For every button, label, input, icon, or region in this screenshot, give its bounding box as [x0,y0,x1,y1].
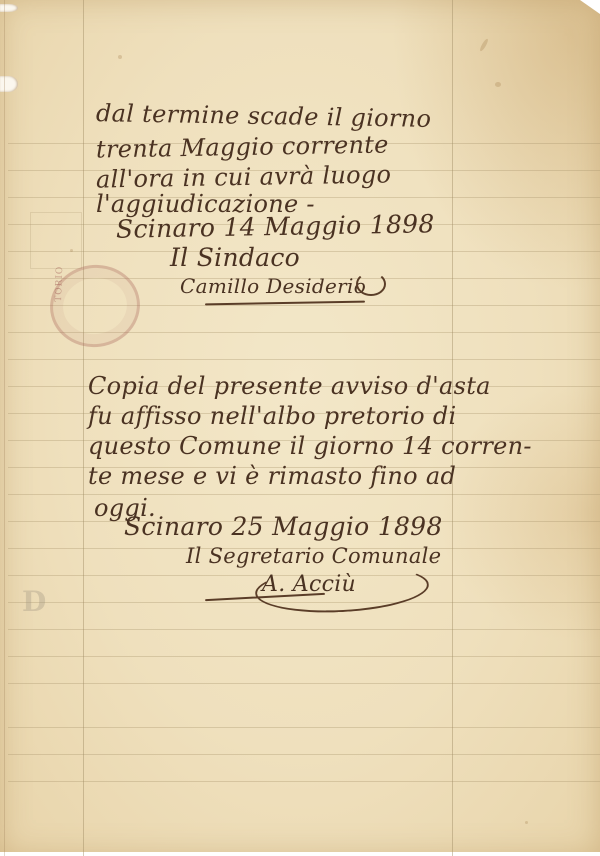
stamp-text: TORIO [54,266,65,302]
section-2-signatory-title: Il Segretario Comunale [186,544,441,568]
section-2-line-4: te mese e vi è rimasto fino ad [88,462,456,490]
ruled-line [8,781,600,782]
section-1-line-1: dal termine scade il giorno [96,99,432,133]
punch-hole [0,76,18,92]
section-1-place-date: Scinaro 14 Maggio 1898 [116,209,435,244]
section-2-place-date: Scinaro 25 Maggio 1898 [124,512,443,541]
stain [118,55,122,59]
page-edge [0,852,600,856]
document-page: TORIO D dal termine scade il giorno tren… [0,0,600,856]
ruled-line [8,683,600,684]
ruled-line [8,727,600,728]
ruled-line [8,359,600,360]
stain [479,38,489,52]
signature-flourish [254,561,430,616]
ruled-line [8,754,600,755]
section-1-line-2: trenta Maggio corrente [96,130,389,163]
section-1-signatory-title: Il Sindaco [170,243,300,272]
stain [495,82,501,87]
section-2-line-2: fu affisso nell'albo pretorio di [88,402,456,430]
section-1-line-3: all'ora in cui avrà luogo [96,160,392,193]
section-1-signature: Camillo Desiderio [180,274,366,298]
section-2-line-3: questo Comune il giorno 14 corren- [88,432,532,460]
punch-hole [0,4,18,12]
stain [525,821,528,824]
margin-line [83,0,84,856]
margin-line [4,0,5,856]
torn-corner [580,0,600,14]
stain [70,249,73,252]
section-2-line-1: Copia del presente avviso d'asta [88,372,491,400]
margin-mark: D [22,585,46,618]
ruled-line [8,629,600,630]
faint-printed-box [30,212,82,269]
municipal-seal-stamp: TORIO [45,259,146,353]
ruled-line [8,251,600,252]
ruled-line [8,656,600,657]
signature-flourish [356,272,386,296]
